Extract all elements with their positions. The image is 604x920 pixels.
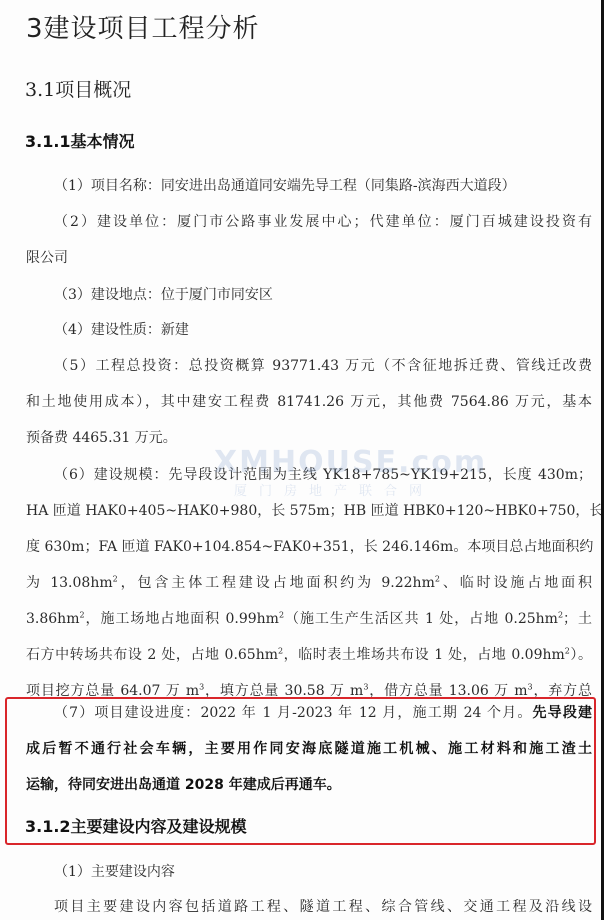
paragraph-investment: （5）工程总投资：总投资概算 93771.43 万元（不含征地拆迁费、管线迁改费 bbox=[26, 356, 592, 376]
paragraph-content-body: 项目主要建设内容包括道路工程、隧道工程、综合管线、交通工程及沿线设 bbox=[26, 897, 592, 917]
paragraph-scale: （6）建设规模：先导段设计范围为主线 YK18+785~YK19+215，长度 … bbox=[26, 465, 592, 485]
paragraph-location: （3）建设地点：位于厦门市同安区 bbox=[26, 285, 592, 305]
paragraph-area-3: 石方中转场共布设 2 处，占地 0.65hm2，临时表土堆场共布设 1 处，占地… bbox=[26, 645, 592, 665]
paragraph-investment-cont: 和土地使用成本），其中建安工程费 81741.26 万元，其他费 7564.86… bbox=[26, 392, 592, 412]
paragraph-project-name: （1）项目名称：同安进出岛通道同安端先导工程（同集路-滨海西大道段） bbox=[26, 176, 592, 196]
paragraph-builder: （2）建设单位：厦门市公路事业发展中心；代建单位：厦门百城建设投资有 bbox=[26, 212, 592, 232]
paragraph-scale-ramps: HA 匝道 HAK0+405~HAK0+980，长 575m；HB 匝道 HBK… bbox=[26, 501, 592, 521]
paragraph-schedule: （7）项目建设进度：2022 年 1 月-2023 年 12 月，施工期 24 … bbox=[26, 703, 592, 723]
paragraph-investment-end: 预备费 4465.31 万元。 bbox=[26, 428, 592, 448]
paragraph-nature: （4）建设性质：新建 bbox=[26, 320, 592, 340]
paragraph-schedule-bold-end: 运输，待同安进出岛通道 2028 年建成后再通车。 bbox=[26, 775, 592, 795]
subsection-title-content: 3.1.2主要建设内容及建设规模 bbox=[25, 814, 247, 837]
paragraph-area-2: 3.86hm2，施工场地占地面积 0.99hm2（施工生产生活区共 1 处，占地… bbox=[26, 609, 592, 629]
paragraph-scale-fa: 度 630m；FA 匝道 FAK0+104.854~FAK0+351，长 246… bbox=[26, 537, 592, 557]
paragraph-area-1: 为 13.08hm2，包含主体工程建设占地面积约为 9.22hm2、临时设施占地… bbox=[26, 573, 592, 593]
paragraph-schedule-bold: 成后暂不通行社会车辆，主要用作同安海底隧道施工机械、施工材料和施工渣土 bbox=[26, 739, 592, 759]
chapter-title: 3建设项目工程分析 bbox=[26, 8, 260, 45]
paragraph-content-heading: （1）主要建设内容 bbox=[26, 862, 592, 882]
paragraph-builder-cont: 限公司 bbox=[26, 248, 592, 268]
subsection-title-basic: 3.1.1基本情况 bbox=[25, 129, 135, 152]
section-title: 3.1项目概况 bbox=[25, 75, 131, 102]
